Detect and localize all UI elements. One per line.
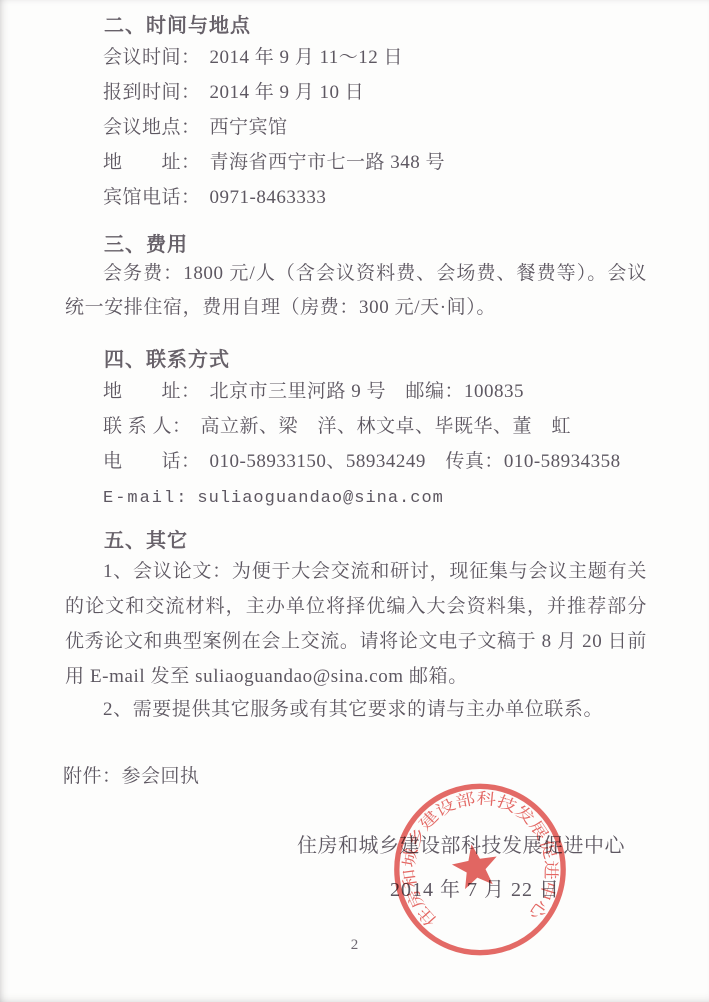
field-label: 电 话： bbox=[103, 451, 201, 472]
section-heading-time-location: 二、时间与地点 bbox=[104, 13, 647, 39]
other-paragraph-2: 2、需要提供其它服务或有其它要求的请与主办单位联系。 bbox=[65, 692, 647, 727]
field-value: 高立新、梁 洋、林文卓、毕既华、董 虹 bbox=[201, 416, 572, 437]
field-value: 2014 年 9 月 11～12 日 bbox=[210, 47, 404, 68]
field-label: 会议地点： bbox=[103, 117, 201, 138]
field-value: 北京市三里河路 9 号 邮编：100835 bbox=[210, 381, 525, 402]
field-checkin-time: 报到时间：2014 年 9 月 10 日 bbox=[103, 75, 647, 110]
field-value: 2014 年 9 月 10 日 bbox=[210, 82, 365, 103]
field-value: 西宁宾馆 bbox=[210, 117, 288, 138]
field-org-address: 地 址：北京市三里河路 9 号 邮编：100835 bbox=[103, 374, 647, 409]
field-label: 联 系 人： bbox=[103, 416, 192, 437]
section-contact: 四、联系方式 地 址：北京市三里河路 9 号 邮编：100835 联 系 人：高… bbox=[65, 347, 647, 516]
field-label: 报到时间： bbox=[103, 82, 201, 103]
field-label: 地 址： bbox=[103, 381, 201, 402]
field-email: E-mail:suliaoguandao@sina.com bbox=[103, 479, 647, 516]
field-value: 青海省西宁市七一路 348 号 bbox=[210, 152, 446, 173]
seal-curved-text: 住房和城乡建设部科技发展促进中心 bbox=[400, 789, 560, 929]
field-meeting-time: 会议时间：2014 年 9 月 11～12 日 bbox=[103, 40, 647, 75]
section-heading-contact: 四、联系方式 bbox=[104, 347, 647, 373]
section-heading-other: 五、其它 bbox=[104, 528, 647, 554]
field-hotel-address: 地 址：青海省西宁市七一路 348 号 bbox=[103, 145, 647, 180]
contact-list: 地 址：北京市三里河路 9 号 邮编：100835 联 系 人：高立新、梁 洋、… bbox=[103, 374, 647, 516]
field-value: 010-58933150、58934249 传真：010-58934358 bbox=[210, 451, 621, 472]
page-number: 2 bbox=[0, 938, 709, 953]
field-phone-fax: 电 话：010-58933150、58934249 传真：010-5893435… bbox=[103, 444, 647, 479]
field-value: suliaoguandao@sina.com bbox=[197, 489, 443, 508]
field-meeting-place: 会议地点：西宁宾馆 bbox=[103, 110, 647, 145]
field-value: 0971-8463333 bbox=[210, 187, 327, 208]
field-label: 会议时间： bbox=[103, 47, 201, 68]
field-label: E-mail: bbox=[103, 489, 188, 508]
attachment-note: 附件：参会回执 bbox=[63, 765, 200, 789]
field-label: 地 址： bbox=[103, 152, 201, 173]
field-hotel-phone: 宾馆电话：0971-8463333 bbox=[103, 180, 647, 215]
fees-paragraph: 会务费：1800 元/人（含会议资料费、会场费、餐费等）。会议统一安排住宿，费用… bbox=[65, 257, 647, 325]
section-heading-fees: 三、费用 bbox=[104, 232, 647, 258]
signature-date: 2014 年 7 月 22 日 bbox=[390, 878, 560, 902]
signature-organization: 住房和城乡建设部科技发展促进中心 bbox=[297, 834, 625, 858]
section-time-location: 二、时间与地点 会议时间：2014 年 9 月 11～12 日 报到时间：201… bbox=[65, 13, 647, 215]
official-seal-stamp: 住房和城乡建设部科技发展促进中心 bbox=[390, 781, 570, 958]
seal-circle-border bbox=[397, 786, 563, 952]
document-page: 二、时间与地点 会议时间：2014 年 9 月 11～12 日 报到时间：201… bbox=[0, 0, 709, 1002]
section-other: 五、其它 1、会议论文：为便于大会交流和研讨，现征集与会议主题有关的论文和交流材… bbox=[65, 528, 647, 727]
time-location-list: 会议时间：2014 年 9 月 11～12 日 报到时间：2014 年 9 月 … bbox=[103, 40, 647, 215]
field-label: 宾馆电话： bbox=[103, 187, 201, 208]
field-contact-persons: 联 系 人：高立新、梁 洋、林文卓、毕既华、董 虹 bbox=[103, 409, 647, 444]
other-paragraph-1: 1、会议论文：为便于大会交流和研讨，现征集与会议主题有关的论文和交流材料，主办单… bbox=[65, 554, 647, 694]
section-fees: 三、费用 会务费：1800 元/人（含会议资料费、会场费、餐费等）。会议统一安排… bbox=[65, 232, 647, 325]
